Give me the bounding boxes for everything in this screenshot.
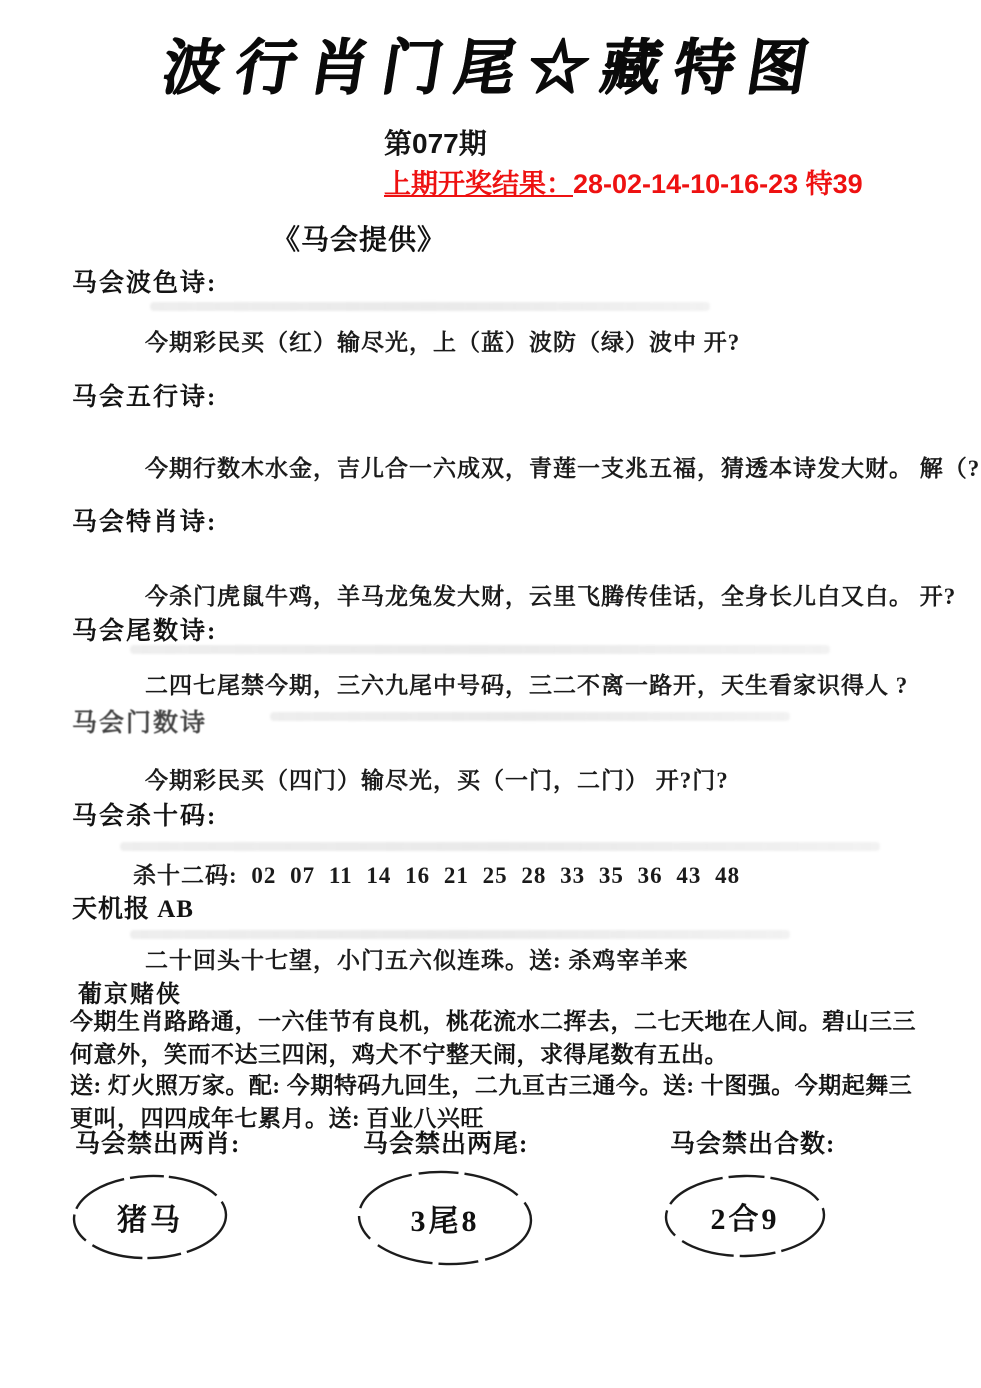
forbidden-two-tail-label: 马会禁出两尾:	[363, 1124, 528, 1160]
forbidden-two-zodiac-value: 猪马	[70, 1172, 230, 1262]
scan-artifact	[120, 842, 880, 851]
section-heading-weishu: 马会尾数诗:	[72, 611, 217, 647]
section-line-tianjibao: 二十回头十七望，小门五六似连珠。送: 杀鸡宰羊来	[145, 942, 688, 975]
scan-artifact	[270, 712, 790, 721]
section-line-bose: 今期彩民买（红）输尽光，上（蓝）波防（绿）波中 开?	[145, 324, 740, 357]
forbidden-sum-ellipse: 2合9	[662, 1172, 828, 1260]
section-line-weishu: 二四七尾禁今期，三六九尾中号码，三二不离一路开，天生看家识得人 ?	[145, 667, 908, 700]
pujing-heading: 葡京赌侠	[78, 974, 182, 1009]
section-heading-tianjibao: 天机报 AB	[72, 889, 194, 925]
last-draw-label: 上期开奖结果：	[384, 169, 573, 199]
section-heading-texiao: 马会特肖诗:	[72, 502, 217, 538]
forbidden-two-tail-value: 3尾8	[355, 1168, 535, 1268]
section-line-menshu: 今期彩民买（四门）输尽光，买（一门，二门） 开?门?	[145, 762, 729, 795]
section-heading-menshu: 马会门数诗	[72, 703, 207, 739]
forbidden-two-zodiac-label: 马会禁出两肖:	[75, 1124, 240, 1160]
tip-sheet-page: 波行肖门尾☆藏特图 第077期 上期开奖结果：28-02-14-10-16-23…	[0, 0, 981, 1388]
page-title: 波行肖门尾☆藏特图	[63, 20, 922, 106]
scan-artifact	[130, 645, 830, 654]
scan-artifact	[150, 302, 710, 311]
section-heading-shashima: 马会杀十码:	[72, 796, 217, 832]
section-line-shashima: 杀十二码: 02 07 11 14 16 21 25 28 33 35 36 4…	[133, 857, 740, 890]
forbidden-sum-value: 2合9	[662, 1172, 828, 1260]
forbidden-sum-label: 马会禁出合数:	[670, 1124, 835, 1160]
provider-title: 《马会提供》	[272, 218, 446, 258]
last-draw-result: 上期开奖结果：28-02-14-10-16-23 特39	[384, 162, 863, 201]
section-line-texiao: 今杀门虎鼠牛鸡，羊马龙兔发大财，云里飞腾传佳话，全身长儿白又白。 开?	[145, 578, 956, 611]
last-draw-numbers: 28-02-14-10-16-23 特39	[573, 169, 863, 199]
pujing-paragraph: 今期生肖路路通，一六佳节有良机，桃花流水二挥去，二七天地在人间。碧山三三何意外，…	[70, 1005, 918, 1071]
section-heading-bose: 马会波色诗:	[72, 263, 217, 299]
forbidden-two-tail-ellipse: 3尾8	[355, 1168, 535, 1268]
forbidden-two-zodiac-ellipse: 猪马	[70, 1172, 230, 1262]
issue-number: 第077期	[384, 122, 487, 162]
section-line-wuxing: 今期行数木水金，吉儿合一六成双，青莲一支兆五福，猜透本诗发大财。 解（?）	[145, 450, 981, 483]
section-heading-wuxing: 马会五行诗:	[72, 377, 217, 413]
scan-artifact	[130, 930, 790, 939]
